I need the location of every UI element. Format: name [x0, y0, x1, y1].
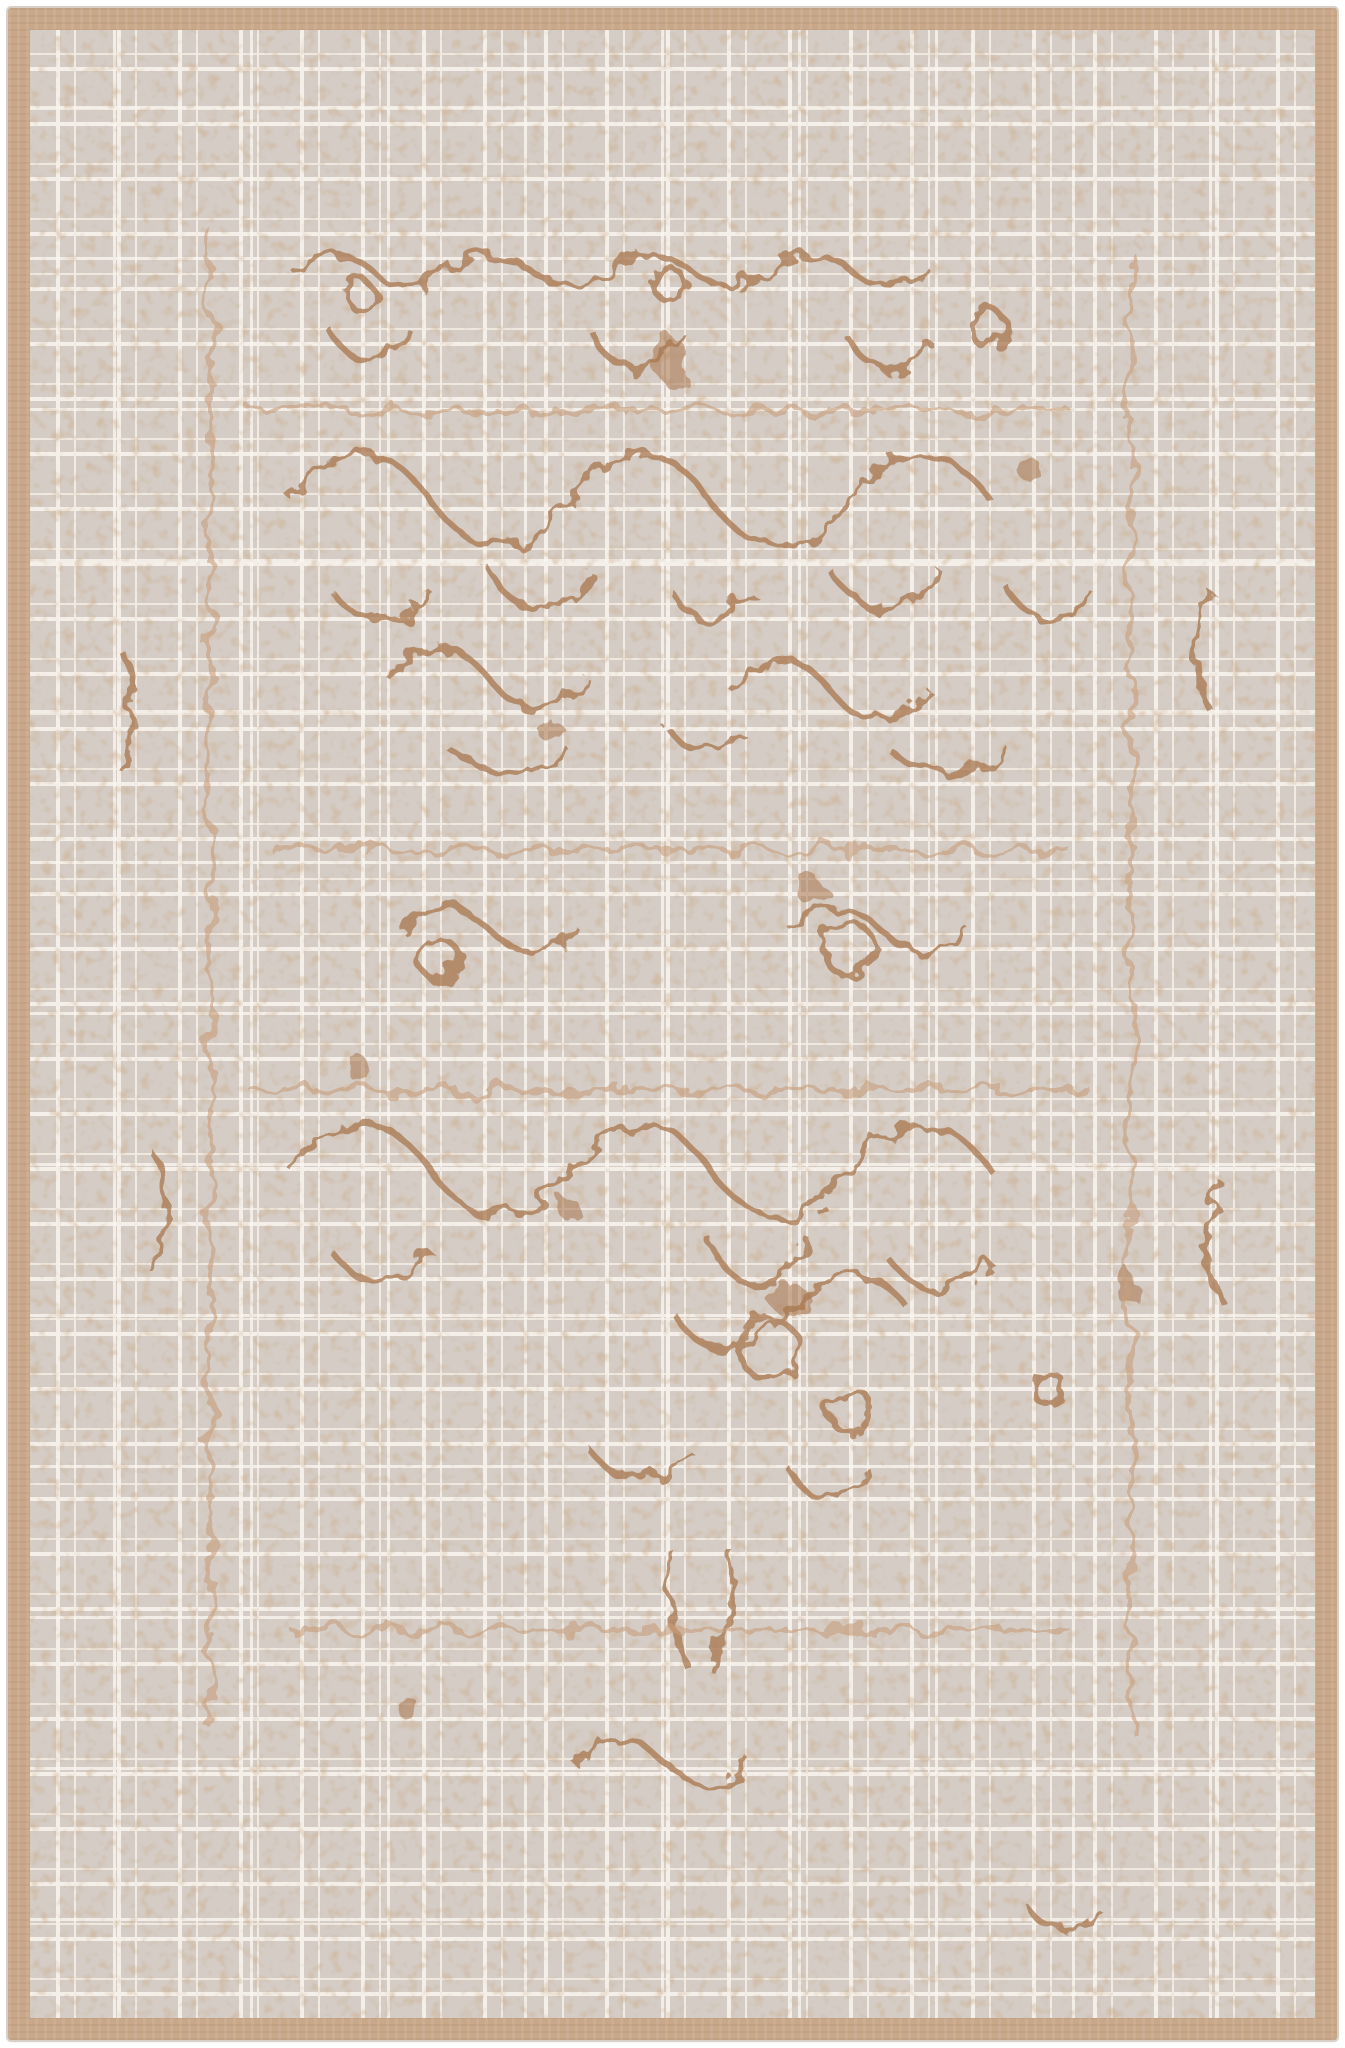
rug	[8, 8, 1337, 2040]
rug-field	[30, 30, 1315, 2018]
damask-motifs	[30, 30, 1315, 2018]
